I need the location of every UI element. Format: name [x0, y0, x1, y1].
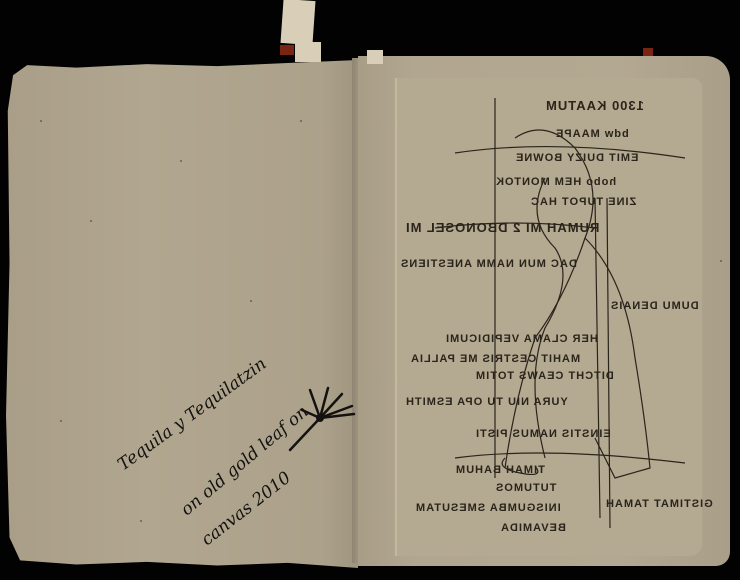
- bookmark-tab: [367, 50, 383, 64]
- paper-speck: [300, 120, 302, 122]
- sketch-text-line: GISTIMAT TAMAH: [605, 498, 713, 510]
- paper-speck: [250, 300, 252, 302]
- sketch-text-line: BEVAMIDA: [500, 522, 566, 534]
- handwritten-inscription: Tequila y Tequilatzin on old gold leaf o…: [110, 340, 370, 530]
- ink-splash-icon: [280, 380, 360, 460]
- sketch-text-line: DUMU DENAIS: [610, 300, 699, 312]
- sketch-text-line: hobo HEM MONTOK: [495, 176, 616, 188]
- bookmark-tab: [295, 42, 321, 62]
- paper-speck: [60, 420, 62, 422]
- sketch-text-line: YURA NIU TU OPA ESMITH: [405, 396, 568, 408]
- sketch-text-line: TIMAH BAHUM: [455, 464, 545, 476]
- paper-speck: [140, 520, 142, 522]
- sketch-text-line: EMIT DUIZY BOWNE: [515, 152, 638, 164]
- paper-speck: [90, 220, 92, 222]
- red-ribbon: [643, 48, 653, 56]
- mirrored-sketch: 1300 KAATUM bdw MAAPE EMIT DUIZY BOWNE h…: [395, 78, 700, 556]
- sketch-text-line: ZINE TUPOT HAC: [530, 196, 636, 208]
- sketch-text-line: EINSTIS NAMUS PISTI: [475, 428, 611, 440]
- sketch-text-line: bdw MAAPE: [555, 128, 629, 140]
- sketch-text-line: RUMAH MI 2 DBONOSEL MI: [405, 220, 599, 235]
- sketch-text-line: INISGUMBA SMESUTAM: [415, 502, 561, 514]
- paper-speck: [180, 160, 182, 162]
- sketch-text-line: DITCHT CEAWS TOTIM: [475, 370, 614, 382]
- sketch-text-line: DAC MUN NAMM ANESTIENS: [400, 258, 577, 270]
- red-ribbon: [280, 45, 294, 55]
- sketch-text-line: HER CLAMA VEPIDICUMI: [445, 333, 598, 345]
- sketch-text-line: MAHIT CESTRIS ME PALLIA: [410, 353, 580, 365]
- paper-speck: [40, 120, 42, 122]
- photo-background: Tequila y Tequilatzin on old gold leaf o…: [0, 0, 740, 580]
- sketch-text-line: 1300 KAATUM: [545, 98, 644, 113]
- bookmark-tab: [281, 0, 316, 45]
- paper-speck: [720, 260, 722, 262]
- sketch-text-line: TUTUMOS: [495, 482, 556, 494]
